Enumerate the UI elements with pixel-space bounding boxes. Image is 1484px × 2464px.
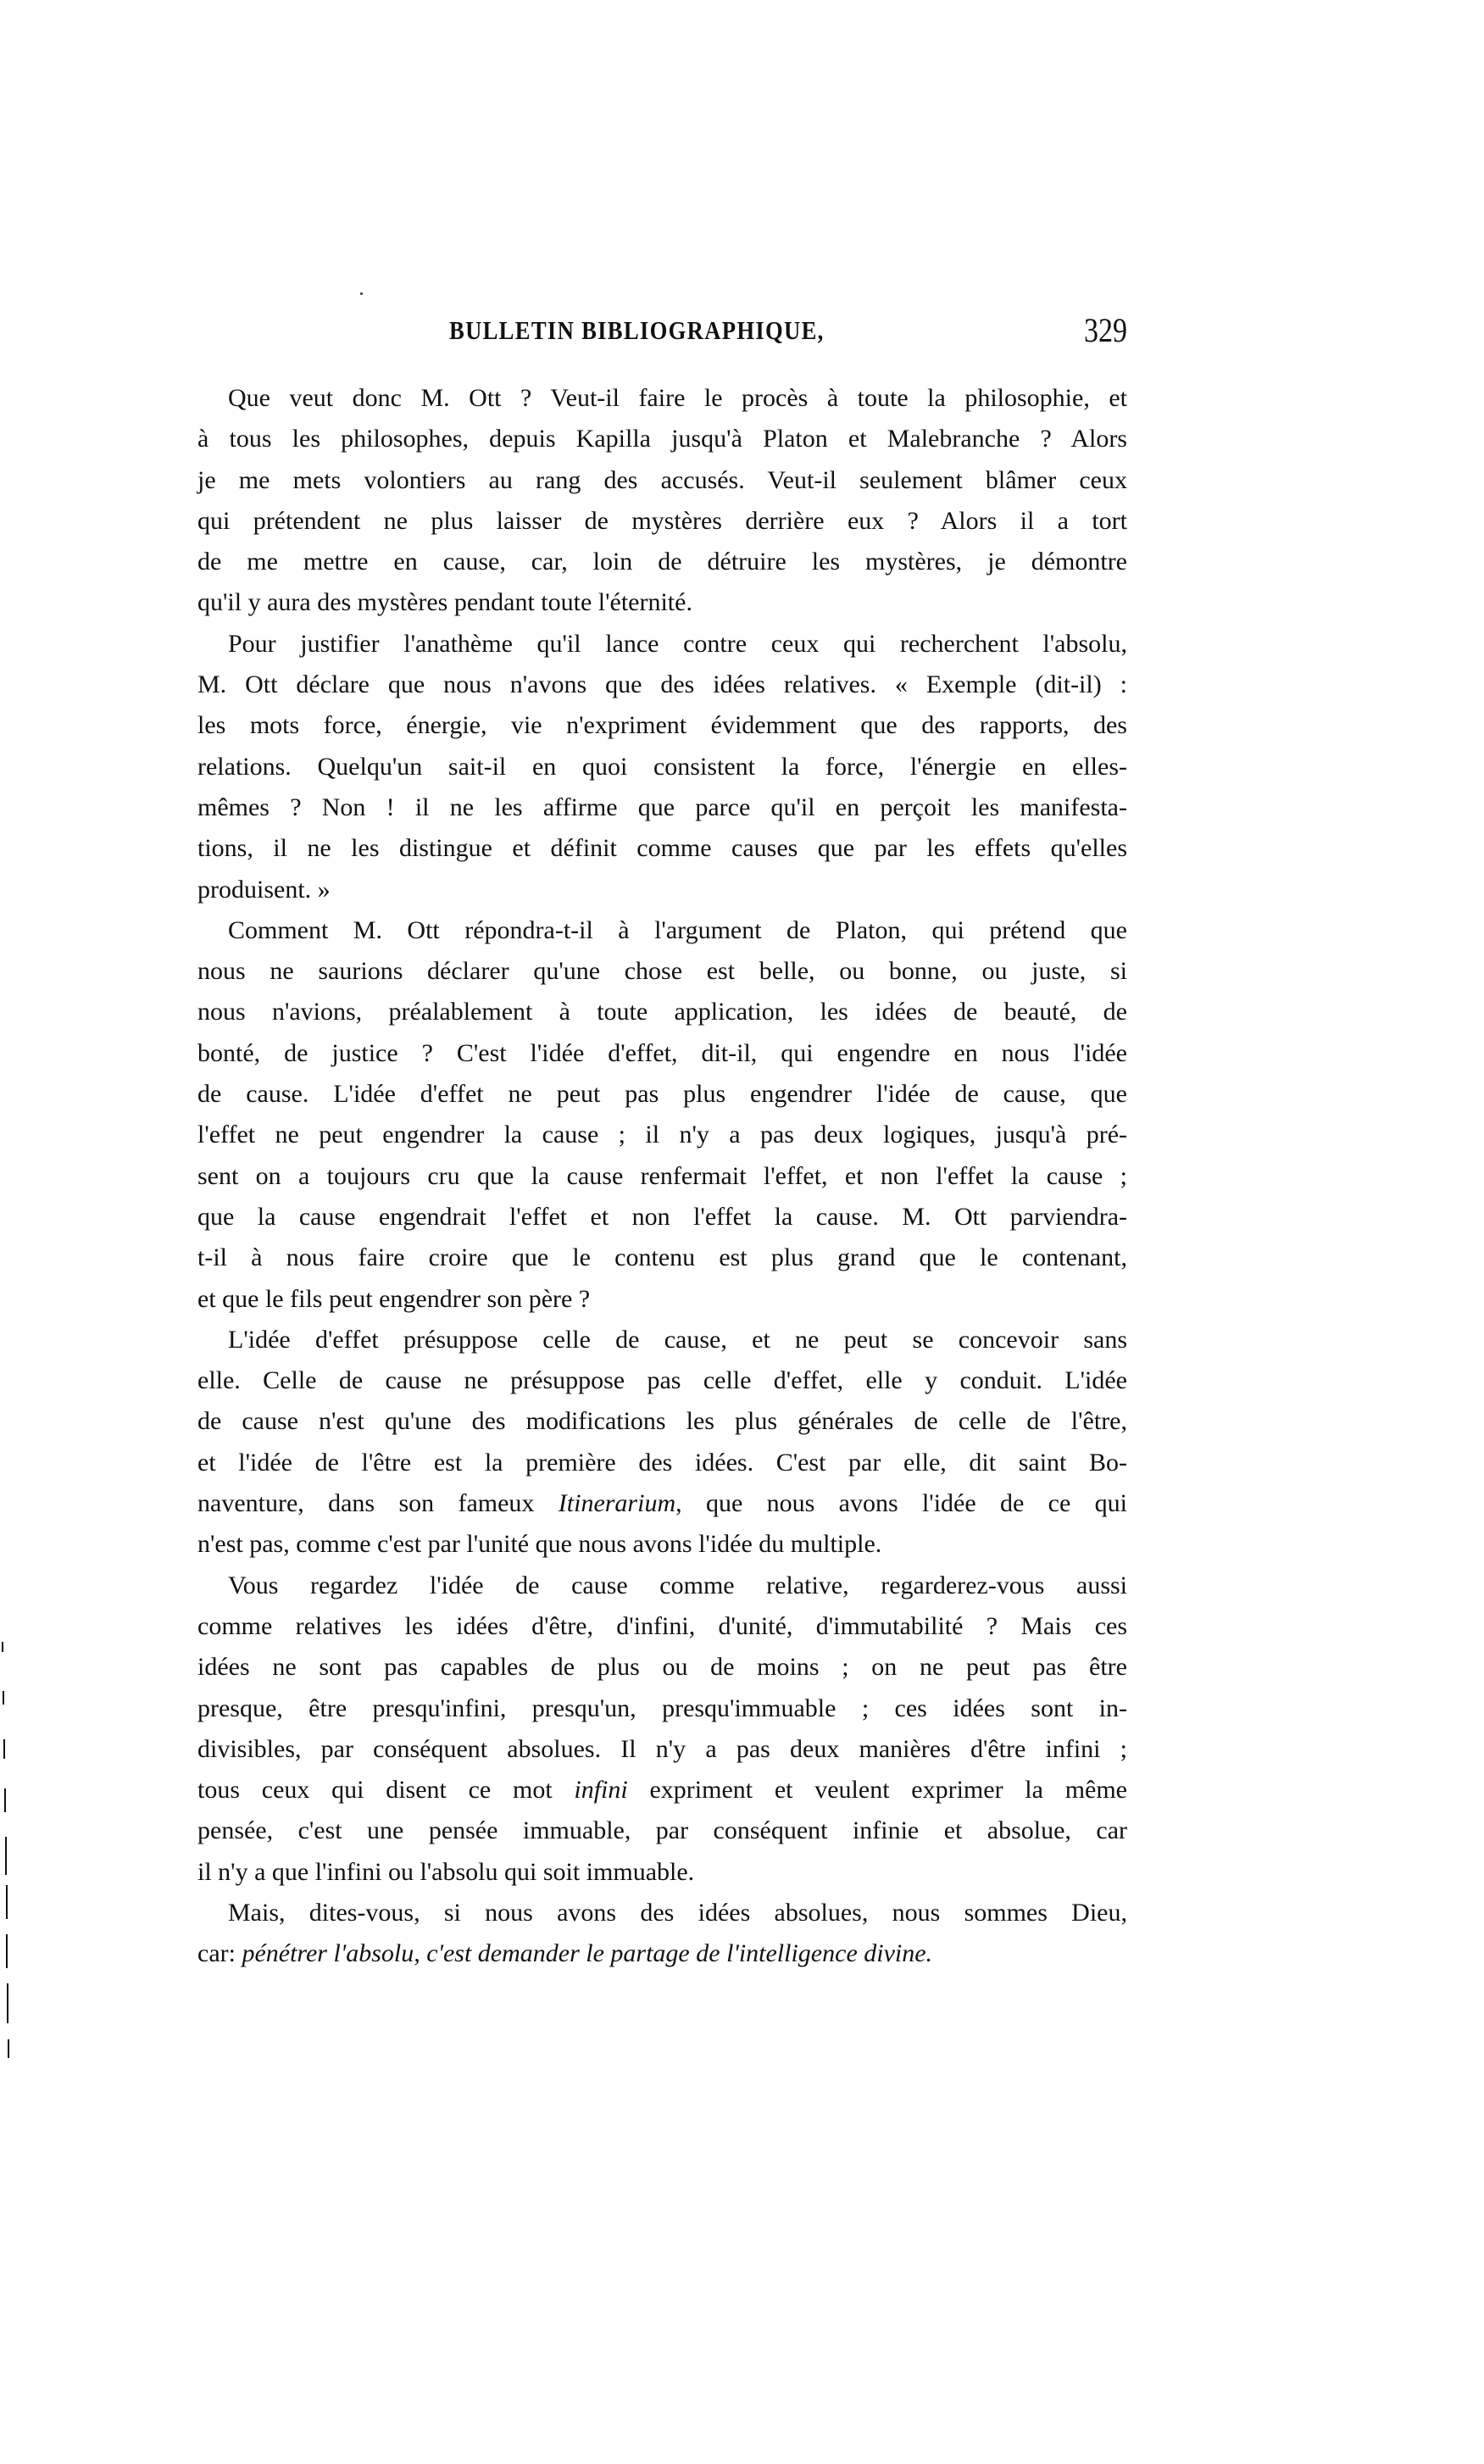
text-line: M. Ott déclare que nous n'avons que des … <box>197 665 1127 705</box>
scan-mark <box>7 1983 8 2023</box>
text-line: t-il à nous faire croire que le contenu … <box>197 1238 1127 1278</box>
text-line: sent on a toujours cru que la cause renf… <box>197 1156 1127 1197</box>
text-line: Que veut donc M. Ott ? Veut-il faire le … <box>197 378 1127 419</box>
text-line: que la cause engendrait l'effet et non l… <box>197 1197 1127 1238</box>
italic-text: infini <box>574 1776 627 1804</box>
body-text: Que veut donc M. Ott ? Veut-il faire le … <box>197 378 1127 1975</box>
text-line: nous ne saurions déclarer qu'une chose e… <box>197 951 1127 992</box>
text-line: relations. Quelqu'un sait-il en quoi con… <box>197 747 1127 787</box>
text-line: de cause. L'idée d'effet ne peut pas plu… <box>197 1074 1127 1115</box>
italic-text: pénétrer l'absolu, c'est demander le par… <box>242 1939 932 1967</box>
text-line: les mots force, énergie, vie n'expriment… <box>197 705 1127 746</box>
text-line: Vous regardez l'idée de cause comme rela… <box>197 1566 1127 1606</box>
scan-mark <box>5 1837 7 1875</box>
scan-speck <box>360 292 363 295</box>
paragraph: L'idée d'effet présuppose celle de cause… <box>197 1320 1127 1566</box>
text-line: à tous les philosophes, depuis Kapilla j… <box>197 419 1127 459</box>
text-line: naventure, dans son fameux Itinerarium, … <box>197 1483 1127 1524</box>
paragraph: Que veut donc M. Ott ? Veut-il faire le … <box>197 378 1127 624</box>
scan-mark <box>2 1642 3 1652</box>
text-line: L'idée d'effet présuppose celle de cause… <box>197 1320 1127 1360</box>
italic-text: Itinerarium <box>559 1489 675 1517</box>
text-line: Pour justifier l'anathème qu'il lance co… <box>197 624 1127 665</box>
text-line: mêmes ? Non ! il ne les affirme que parc… <box>197 787 1127 828</box>
paragraph: Vous regardez l'idée de cause comme rela… <box>197 1566 1127 1893</box>
text-line: l'effet ne peut engendrer la cause ; il … <box>197 1115 1127 1155</box>
scan-mark <box>8 2039 9 2058</box>
text-line: qui prétendent ne plus laisser de mystèr… <box>197 501 1127 542</box>
scan-mark <box>3 1691 4 1705</box>
text-line: tous ceux qui disent ce mot infini expri… <box>197 1770 1127 1810</box>
text-line: Mais, dites-vous, si nous avons des idée… <box>197 1893 1127 1933</box>
page-header: BULLETIN BIBLIOGRAPHIQUE, 329 <box>197 315 1127 356</box>
scan-mark <box>3 1739 5 1759</box>
text-line: car: pénétrer l'absolu, c'est demander l… <box>197 1933 1127 1974</box>
running-title: BULLETIN BIBLIOGRAPHIQUE, <box>449 315 825 346</box>
text-line: qu'il y aura des mystères pendant toute … <box>197 582 1127 623</box>
text-line: de me mettre en cause, car, loin de détr… <box>197 542 1127 582</box>
text-line: Comment M. Ott répondra-t-il à l'argumen… <box>197 910 1127 951</box>
paragraph: Mais, dites-vous, si nous avons des idée… <box>197 1893 1127 1975</box>
text-line: pensée, c'est une pensée immuable, par c… <box>197 1810 1127 1851</box>
paragraph: Comment M. Ott répondra-t-il à l'argumen… <box>197 910 1127 1320</box>
text-line: idées ne sont pas capables de plus ou de… <box>197 1647 1127 1688</box>
text-line: je me mets volontiers au rang des accusé… <box>197 460 1127 501</box>
text-line: et que le fils peut engendrer son père ? <box>197 1279 1127 1320</box>
scan-margin-marks <box>0 1610 17 2373</box>
text-line: n'est pas, comme c'est par l'unité que n… <box>197 1524 1127 1565</box>
page-number: 329 <box>1084 310 1127 350</box>
text-line: tions, il ne les distingue et définit co… <box>197 828 1127 869</box>
scan-mark <box>6 1934 8 1968</box>
text-line: nous n'avions, préalablement à toute app… <box>197 992 1127 1032</box>
text-line: et l'idée de l'être est la première des … <box>197 1443 1127 1483</box>
paragraph: Pour justifier l'anathème qu'il lance co… <box>197 624 1127 910</box>
scan-mark <box>4 1788 6 1812</box>
text-line: produisent. » <box>197 870 1127 910</box>
text-line: divisibles, par conséquent absolues. Il … <box>197 1729 1127 1770</box>
text-line: bonté, de justice ? C'est l'idée d'effet… <box>197 1033 1127 1074</box>
scan-mark <box>6 1885 8 1919</box>
text-line: presque, être presqu'infini, presqu'un, … <box>197 1688 1127 1729</box>
text-line: de cause n'est qu'une des modifications … <box>197 1401 1127 1442</box>
text-line: comme relatives les idées d'être, d'infi… <box>197 1606 1127 1647</box>
text-line: il n'y a que l'infini ou l'absolu qui so… <box>197 1852 1127 1893</box>
text-line: elle. Celle de cause ne présuppose pas c… <box>197 1360 1127 1401</box>
document-page: BULLETIN BIBLIOGRAPHIQUE, 329 Que veut d… <box>0 0 1484 2464</box>
